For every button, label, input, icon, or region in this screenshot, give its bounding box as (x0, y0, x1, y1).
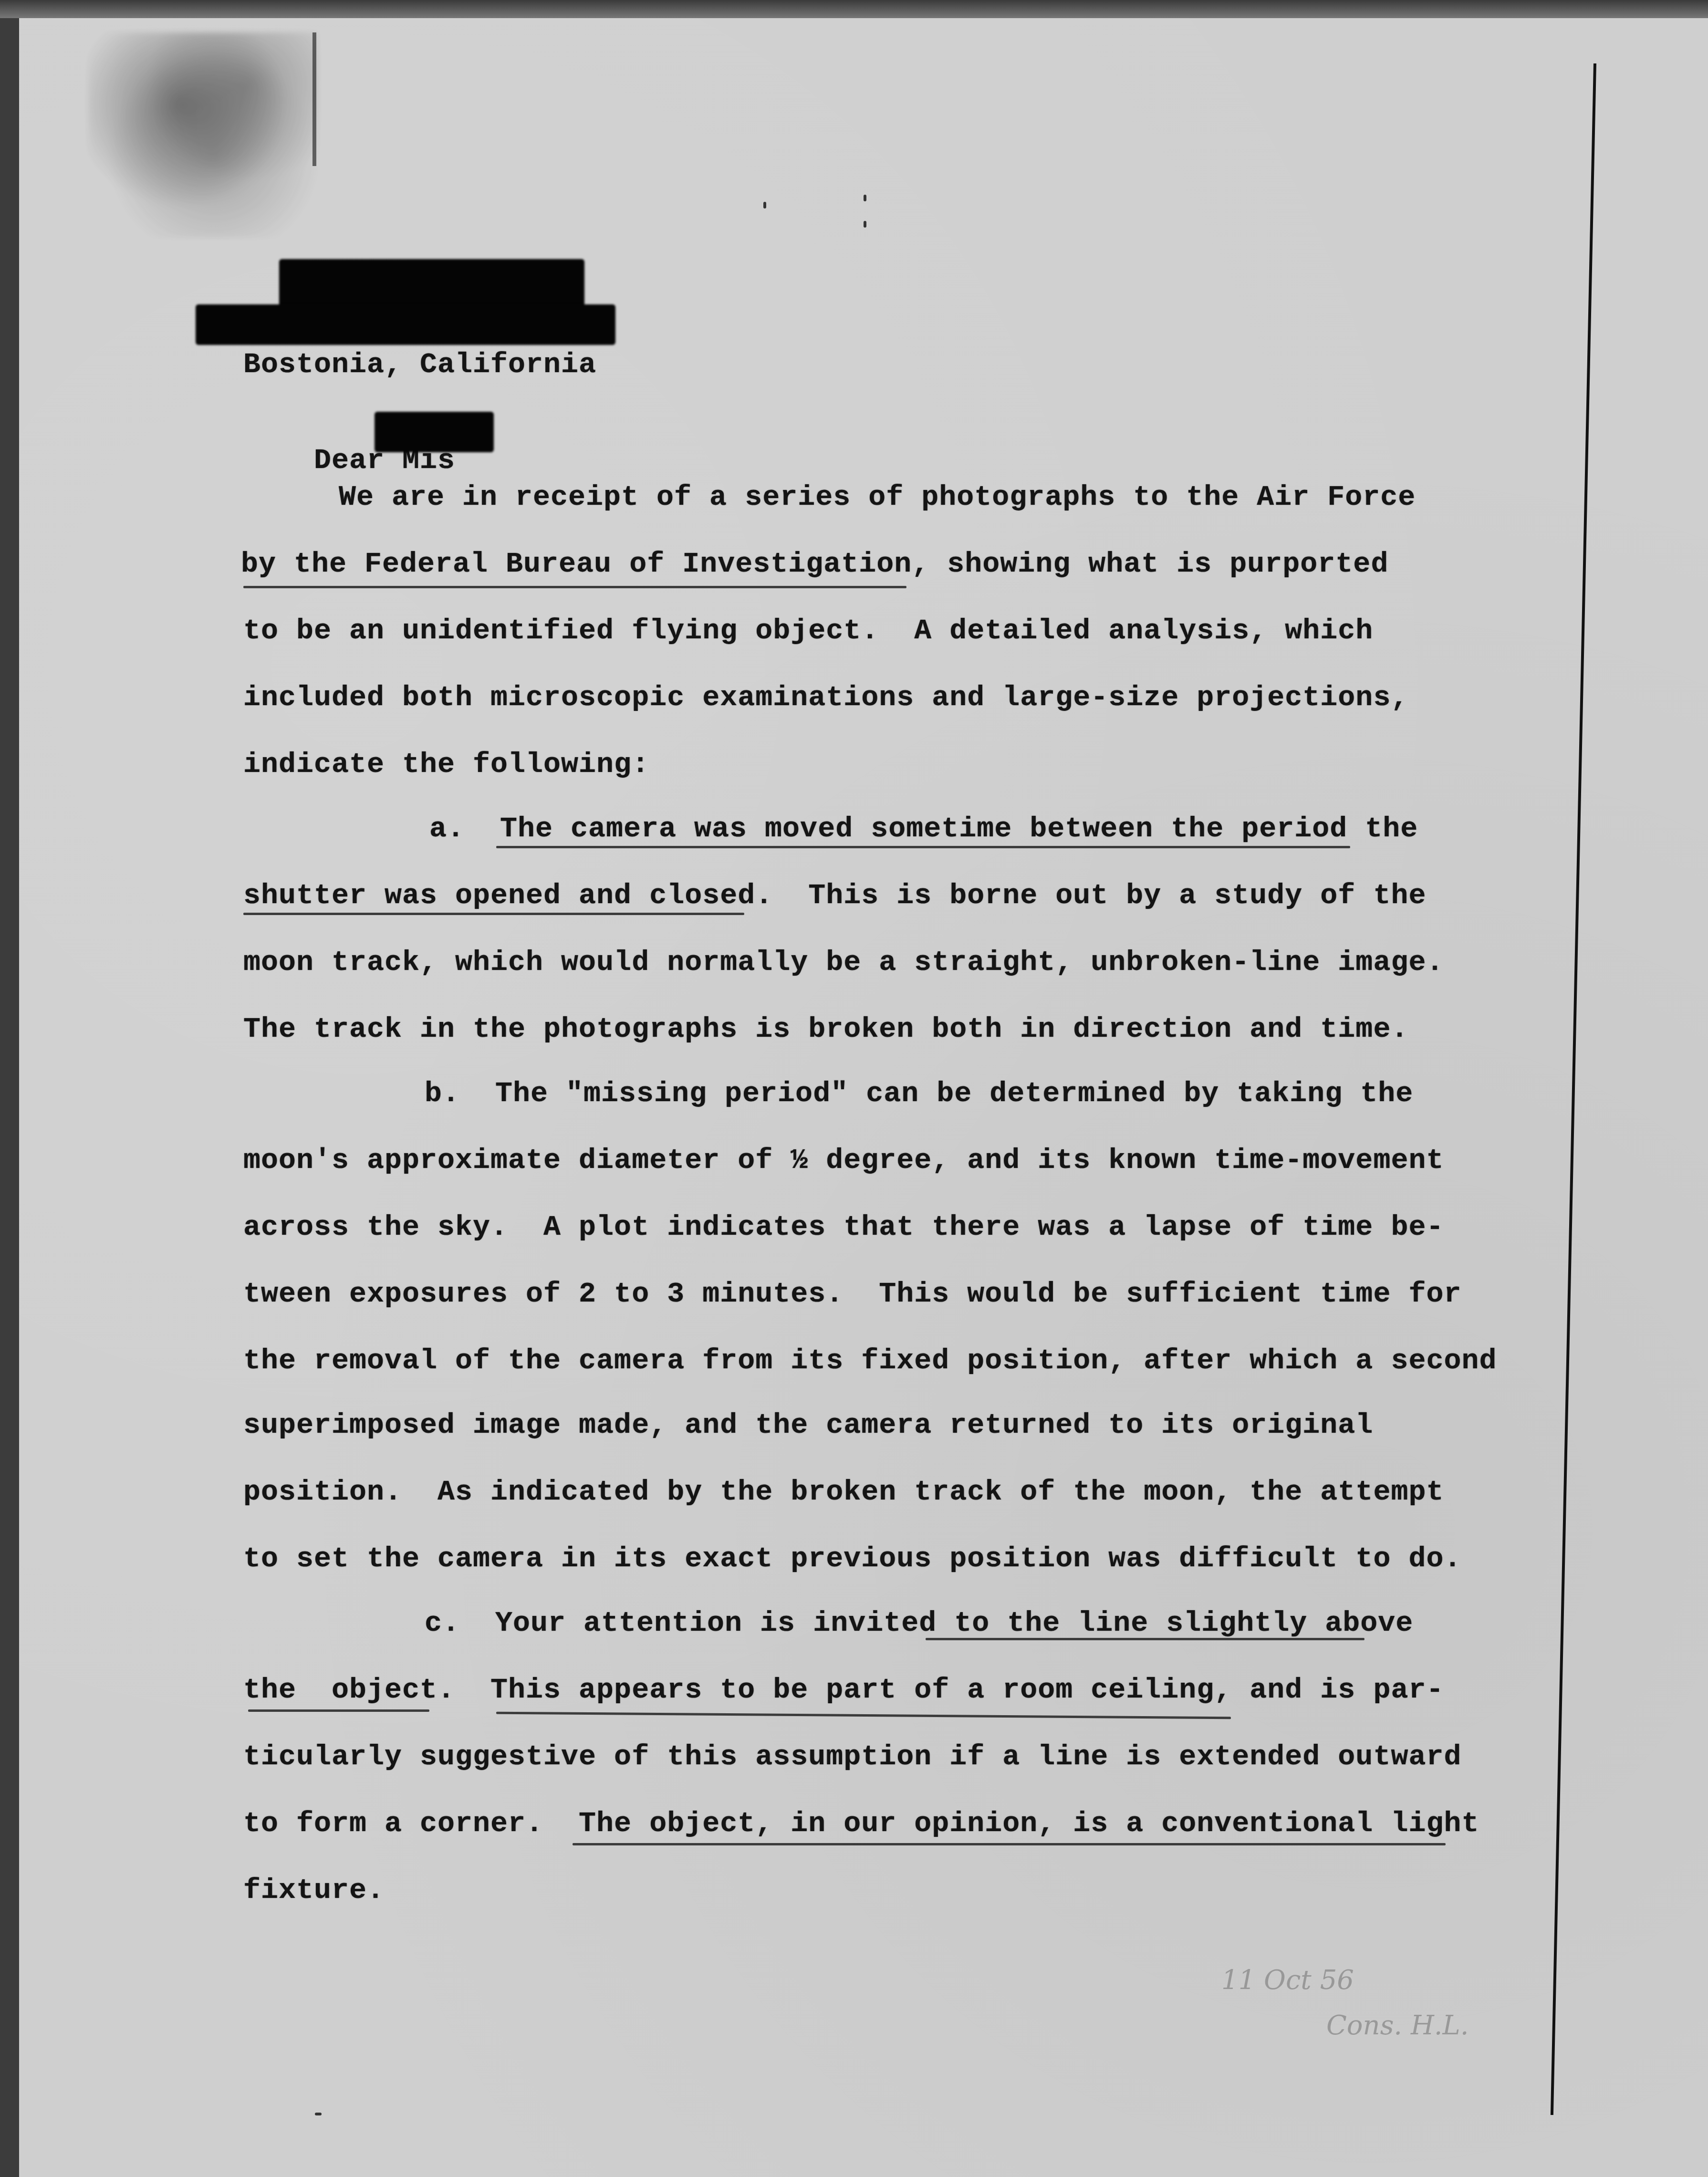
body-line-2: by the Federal Bureau of Investigation, … (241, 550, 1388, 579)
underline-room-ceiling (496, 1712, 1231, 1719)
underline-camera-moved (496, 846, 1350, 848)
underline-line-above (926, 1638, 1364, 1640)
speck (864, 221, 866, 228)
underline-the-object (248, 1709, 429, 1712)
item-b-line-2: moon's approximate diameter of ½ degree,… (243, 1146, 1444, 1175)
speck (315, 2113, 322, 2115)
item-c-line-5: fixture. (243, 1876, 385, 1905)
item-b-line-3: across the sky. A plot indicates that th… (243, 1213, 1444, 1242)
body-line-1: We are in receipt of a series of photogr… (339, 483, 1416, 512)
item-a-line-4: The track in the photographs is broken b… (243, 1015, 1408, 1044)
margin-note-initials: Cons. H.L. (1326, 2010, 1469, 2041)
item-b-line-5: the removal of the camera from its fixed… (243, 1347, 1497, 1375)
underline-light-fixture (573, 1843, 1446, 1845)
underline-fbi (243, 586, 906, 588)
scan-left-border (0, 18, 19, 2177)
item-b-line-4: tween exposures of 2 to 3 minutes. This … (243, 1280, 1461, 1309)
redaction-street (196, 304, 615, 345)
redaction-name (279, 259, 584, 312)
item-c-line-2: the object. This appears to be part of a… (243, 1676, 1444, 1705)
item-c-line-1: c. Your attention is invited to the line… (425, 1609, 1413, 1638)
underline-shutter (243, 913, 744, 915)
redaction-greeting (375, 412, 494, 452)
item-a-line-2: shutter was opened and closed. This is b… (243, 882, 1426, 910)
item-a-line-3: moon track, which would normally be a st… (243, 948, 1444, 977)
letter-page: Miss Bostonia, California Dear Mis We ar… (19, 18, 1708, 2177)
item-c-line-3: ticularly suggestive of this assumption … (243, 1743, 1461, 1771)
item-b-line-8: to set the camera in its exact previous … (243, 1545, 1461, 1573)
item-b-line-6: superimposed image made, and the camera … (243, 1411, 1373, 1440)
speck (763, 202, 766, 208)
scan-top-border (0, 0, 1708, 18)
item-b-line-7: position. As indicated by the broken tra… (243, 1478, 1444, 1507)
right-margin-rule (1551, 63, 1596, 2115)
address-city-state: Bostonia, California (243, 351, 596, 379)
speck (864, 195, 866, 201)
item-c-line-4: to form a corner. The object, in our opi… (243, 1810, 1479, 1838)
margin-note-date: 11 Oct 56 (1221, 1965, 1354, 1996)
body-line-4: included both microscopic examinations a… (243, 684, 1408, 712)
body-line-3: to be an unidentified flying object. A d… (243, 617, 1373, 646)
body-line-5: indicate the following: (243, 750, 649, 779)
item-b-line-1: b. The "missing period" can be determine… (425, 1080, 1413, 1108)
stamp-edge (126, 32, 316, 166)
item-a-line-1: a. The camera was moved sometime between… (429, 815, 1418, 844)
